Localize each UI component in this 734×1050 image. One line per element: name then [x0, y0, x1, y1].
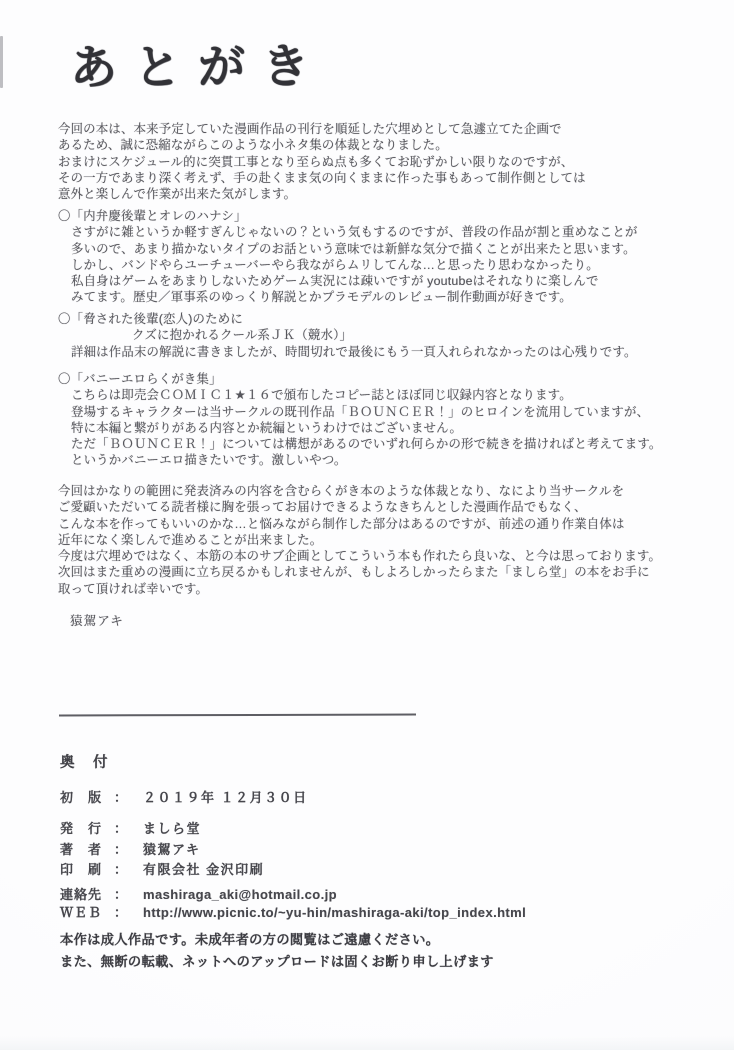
closing-paragraph: 今回はかなりの範囲に発表済みの内容を含むらくがき本のような体裁となり、なにより当…	[58, 483, 698, 597]
colophon-label: ＷＥＢ	[60, 902, 112, 921]
colophon-colon: ：	[114, 902, 127, 921]
text-line: 〇「バニーエロらくがき集」	[58, 371, 698, 387]
text-line: あるため、誠に恐縮ながらこのような小ネタ集の体裁となりました。	[58, 137, 698, 153]
section-uchibenkei-kouhai: 〇「内弁慶後輩とオレのハナシ」さすがに雑というか軽すぎんじゃないの？という気もす…	[58, 208, 698, 306]
horizontal-divider	[59, 714, 416, 717]
text-line: 取って頂ければ幸いです。	[58, 581, 698, 597]
text-line: また、無断の転載、ネットへのアップロードは固くお断り申し上げます	[60, 951, 494, 973]
text-line: ただ「ＢＯＵＮＣＥＲ！」については構想があるのでいずれ何らかの形で続きを描ければ…	[58, 436, 698, 452]
colophon-colon: ：	[114, 859, 127, 878]
text-line: 私自身はゲームをあまりしないためゲーム実況には疎いですが youtubeはそれな…	[58, 273, 698, 289]
text-line: クズに抱かれるクール系ＪＫ（競水）」	[58, 327, 698, 343]
colophon-row-printer: 印 刷 ： 有限会社 金沢印刷	[60, 859, 264, 878]
text-line: 意外と楽しんで作業が出来た気がします。	[58, 186, 698, 202]
text-line: その一方であまり深く考えず、手の赴くまま気の向くままに作った事もあって制作側とし…	[58, 170, 698, 186]
colophon-label: 初 版	[60, 787, 112, 806]
text-line: おまけにスケジュール的に突貫工事となり至らぬ点も多くてお恥ずかしい限りなのですが…	[58, 154, 698, 170]
colophon-label: 著 者	[60, 839, 112, 858]
colophon-colon: ：	[114, 787, 127, 806]
colophon-label: 印 刷	[60, 859, 112, 878]
afterword-page: あとがき 今回の本は、本来予定していた漫画作品の刊行を順延した穴埋めとして急遽立…	[0, 0, 734, 1050]
colophon-value-author: 猿駕アキ	[143, 839, 200, 858]
adult-content-notice: 本作は成人作品です。未成年者の方の閲覧はご遠慮ください。また、無断の転載、ネット…	[60, 929, 494, 973]
scan-bottom-shade	[0, 1036, 734, 1050]
colophon-value-date: ２０１９年 １２月３０日	[143, 787, 308, 806]
colophon-value-email: mashiraga_aki@hotmail.co.jp	[143, 887, 337, 902]
section-bunny-rakugaki: 〇「バニーエロらくがき集」こちらは即売会ＣＯＭＩＣ１★１６で頒布したコピー誌とほ…	[58, 371, 698, 469]
text-line: 詳細は作品末の解説に書きましたが、時間切れで最後にもう一頁入れられなかったのは心…	[58, 344, 698, 360]
colophon-row-author: 著 者 ： 猿駕アキ	[60, 839, 201, 858]
page-title: あとがき	[70, 29, 326, 98]
text-line: 登場するキャラクターは当サークルの既刊作品「ＢＯＵＮＣＥＲ！」のヒロインを流用し…	[58, 404, 698, 420]
text-line: 今回はかなりの範囲に発表済みの内容を含むらくがき本のような体裁となり、なにより当…	[58, 483, 698, 499]
text-line: というかバニーエロ描きたいです。激しいやつ。	[58, 452, 698, 468]
colophon-row-publisher: 発 行 ： ましら堂	[60, 818, 201, 837]
colophon-colon: ：	[114, 884, 127, 903]
colophon-colon: ：	[114, 839, 127, 858]
text-line: 次回はまた重めの漫画に立ち戻るかもしれませんが、もしよろしかったらまた「ましら堂…	[58, 564, 698, 580]
colophon-label: 発 行	[60, 818, 112, 837]
text-line: 今度は穴埋めではなく、本筋の本のサブ企画としてこういう本も作れたら良いな、と今は…	[58, 548, 698, 564]
text-line: 本作は成人作品です。未成年者の方の閲覧はご遠慮ください。	[60, 929, 494, 951]
text-line: ご愛顧いただいてる読者様に胸を張ってお届けできるようなきちんとした漫画作品でもな…	[58, 499, 698, 515]
scan-edge-artifact	[0, 36, 3, 88]
colophon-row-website: ＷＥＢ ： http://www.picnic.to/~yu-hin/mashi…	[60, 902, 526, 921]
colophon-title: 奥 付	[60, 751, 110, 772]
colophon-row-first-edition: 初 版 ： ２０１９年 １２月３０日	[60, 787, 308, 806]
text-line: 特に本編と繋がりがある内容とか続編というわけではございません。	[58, 420, 698, 436]
text-line: こちらは即売会ＣＯＭＩＣ１★１６で頒布したコピー誌とほぼ同じ収録内容となります。	[58, 387, 698, 403]
text-line: 〇「脅された後輩(恋人)のために	[58, 311, 698, 327]
text-line: 今回の本は、本来予定していた漫画作品の刊行を順延した穴埋めとして急遽立てた企画で	[58, 121, 698, 137]
colophon-colon: ：	[114, 818, 127, 837]
text-line: 〇「内弁慶後輩とオレのハナシ」	[58, 208, 698, 224]
text-line: 多いので、あまり描かないタイプのお話という意味では新鮮な気分で描くことが出来たと…	[58, 241, 698, 257]
section-odosareta-kouhai: 〇「脅された後輩(恋人)のためにクズに抱かれるクール系ＪＫ（競水）」詳細は作品末…	[58, 311, 698, 360]
text-line: こんな本を作ってもいいのかな…と悩みながら制作した部分はあるのですが、前述の通り…	[58, 516, 698, 532]
text-line: みてます。歴史／軍事系のゆっくり解説とかプラモデルのレビュー制作動画が好きです。	[58, 289, 698, 305]
intro-paragraph: 今回の本は、本来予定していた漫画作品の刊行を順延した穴埋めとして急遽立てた企画で…	[58, 121, 698, 202]
colophon-label: 連絡先	[60, 884, 112, 903]
colophon-value-url: http://www.picnic.to/~yu-hin/mashiraga-a…	[143, 905, 526, 920]
text-line: しかし、バンドやらユーチューバーやら我ながらムリしてんな…と思ったり思わなかった…	[58, 257, 698, 273]
author-signature: 猿駕アキ	[70, 610, 124, 629]
colophon-row-contact: 連絡先 ： mashiraga_aki@hotmail.co.jp	[60, 884, 337, 903]
text-line: さすがに雑というか軽すぎんじゃないの？という気もするのですが、普段の作品が割と重…	[58, 224, 698, 240]
text-line: 近年になく楽しんで進めることが出来ました。	[58, 532, 698, 548]
colophon-value-circle: ましら堂	[143, 818, 201, 837]
colophon-value-printer: 有限会社 金沢印刷	[143, 859, 264, 878]
